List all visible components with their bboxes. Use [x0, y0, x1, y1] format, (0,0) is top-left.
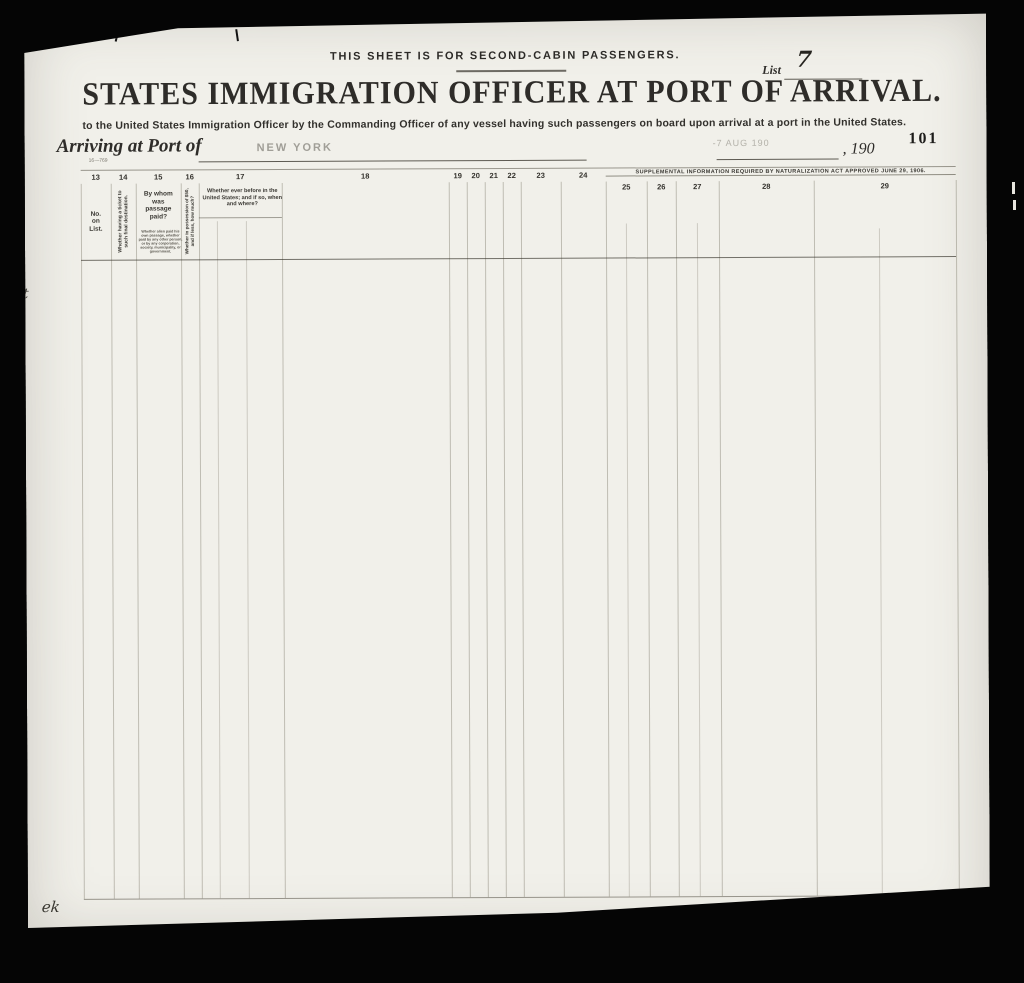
year-190-label: , 190: [843, 140, 875, 158]
column-number: 25: [622, 182, 630, 191]
header-bottom-line: [81, 256, 956, 261]
column-header-16: Whether in possession of $50, and if les…: [181, 185, 199, 257]
c17-divider: [199, 217, 282, 218]
column-number: 21: [490, 171, 498, 180]
date-underline: [717, 159, 839, 161]
registration-tick-right: [235, 29, 239, 41]
arrival-date-stamp: -7 AUG 190: [713, 138, 770, 148]
column-line: [449, 182, 453, 897]
column-line: [111, 184, 115, 899]
column-header-15: Whether alien paid his own passage, whet…: [136, 225, 185, 257]
form-code: 16—769: [89, 158, 108, 164]
subcolumn-line: [217, 221, 221, 898]
table-bottom-line: [84, 895, 959, 900]
margin-list-note: ist: [10, 286, 29, 302]
column-number: 18: [361, 172, 369, 181]
port-underline: [199, 160, 587, 163]
column-line: [676, 181, 680, 896]
page-number-stamp: 101: [909, 130, 939, 148]
scan-edge-mark-1: [1012, 182, 1015, 194]
table-left-line: [81, 184, 85, 899]
page-subtitle: to the United States Immigration Officer…: [82, 116, 906, 132]
column-line: [647, 181, 651, 896]
column-number: 26: [657, 182, 665, 191]
arriving-at-port-label: Arriving at Port of: [57, 135, 202, 158]
column-header-17: Whether ever before in the United States…: [199, 183, 286, 213]
column-line: [282, 183, 286, 898]
column-number: 13: [92, 173, 100, 182]
column-number: 14: [119, 173, 127, 182]
column-number: 27: [693, 182, 701, 191]
column-header-15: By whom was passage paid?: [136, 183, 181, 227]
column-number: 29: [881, 181, 889, 190]
banner-second-cabin: THIS SHEET IS FOR SECOND-CABIN PASSENGER…: [24, 48, 986, 64]
list-number-handwritten: 7: [795, 47, 813, 73]
subcolumn-line: [879, 228, 883, 895]
column-line: [719, 181, 723, 896]
subcolumn-line: [697, 223, 701, 896]
column-line: [561, 182, 565, 897]
column-number: 20: [472, 171, 480, 180]
column-number: 17: [236, 172, 244, 181]
banner-underline: [456, 70, 566, 72]
column-number: 19: [454, 171, 462, 180]
column-line: [606, 182, 610, 897]
column-number: 15: [154, 173, 162, 182]
table-right-line: [956, 180, 960, 895]
column-line: [814, 181, 818, 896]
subcolumn-line: [626, 223, 630, 896]
supplemental-header: SUPPLEMENTAL INFORMATION REQUIRED BY NAT…: [606, 168, 956, 177]
row30-bottom-scribble: ek: [41, 898, 61, 916]
column-number: 22: [508, 171, 516, 180]
column-number: 23: [537, 171, 545, 180]
subcolumn-line: [246, 221, 250, 898]
paper-sheet: THIS SHEET IS FOR SECOND-CABIN PASSENGER…: [24, 10, 990, 939]
column-header-13: No. on List.: [81, 186, 111, 258]
column-number: 28: [762, 182, 770, 191]
column-line: [136, 184, 140, 899]
column-line: [467, 182, 471, 897]
scan-edge-mark-2: [1013, 200, 1016, 210]
column-line: [485, 182, 489, 897]
column-line: [503, 182, 507, 897]
port-name-stamp: NEW YORK: [257, 142, 333, 154]
column-number: 16: [186, 172, 194, 181]
column-line: [181, 183, 185, 898]
column-line: [521, 182, 525, 897]
column-line: [199, 183, 203, 898]
column-number: 24: [579, 171, 587, 180]
page-title: STATES IMMIGRATION OFFICER AT PORT OF AR…: [82, 73, 941, 113]
manifest-table: 131415161718192021222324SUPPLEMENTAL INF…: [81, 166, 959, 901]
scanned-manifest-page: THIS SHEET IS FOR SECOND-CABIN PASSENGER…: [0, 0, 1024, 983]
column-header-14: Whether having a ticket to such final de…: [111, 186, 136, 258]
registration-tick-left: [115, 30, 120, 42]
